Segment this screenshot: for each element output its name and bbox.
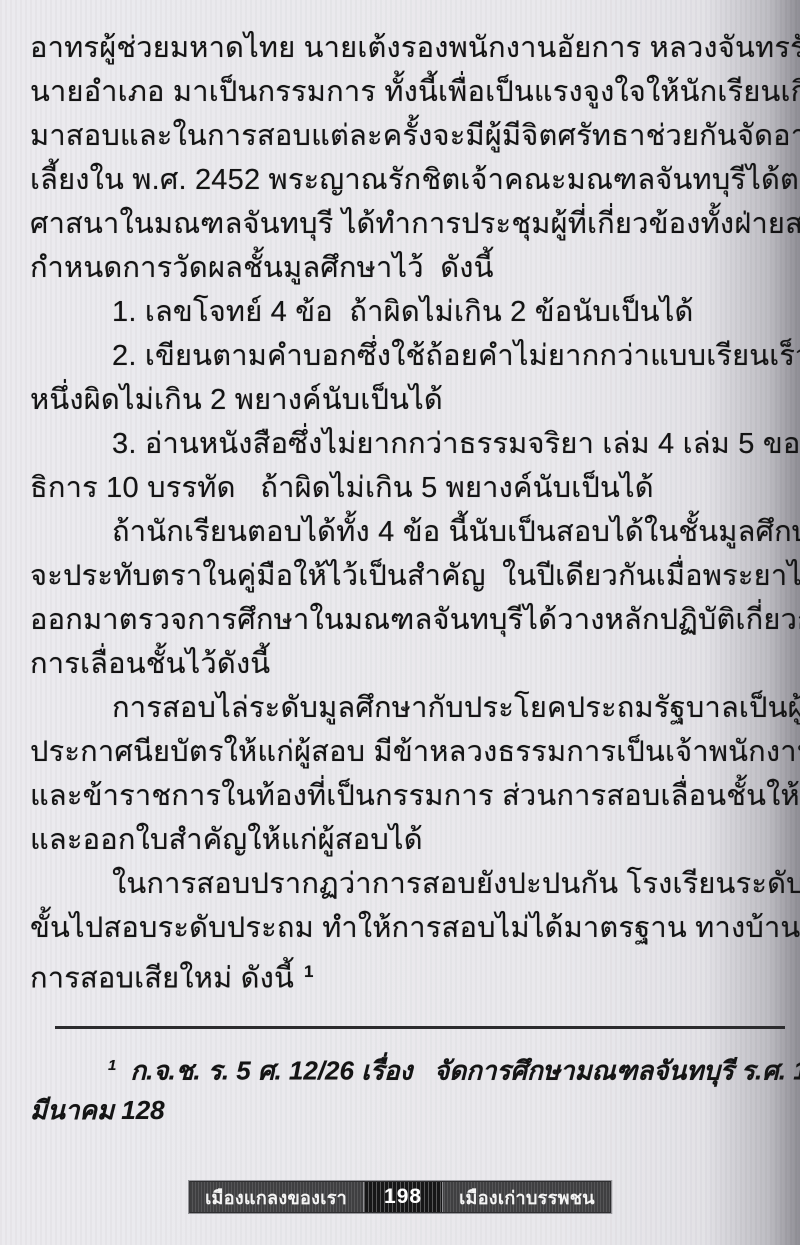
footnote-marker: 1 — [108, 1057, 116, 1074]
text-line: และออกใบสำคัญให้แก่ผู้สอบได้ — [30, 818, 775, 862]
text-line: อาทรผู้ช่วยมหาดไทย นายเต้งรองพนักงานอัยก… — [30, 26, 775, 70]
footnote-separator-rule — [55, 1026, 785, 1029]
text-line: 1. เลขโจทย์ 4 ข้อ ถ้าผิดไม่เกิน 2 ข้อนับ… — [30, 290, 775, 334]
text-line: ออกมาตรวจการศึกษาในมณฑลจันทบุรีได้วางหลั… — [30, 598, 775, 642]
text-line: 2. เขียนตามคำบอกซึ่งใช้ถ้อยคำไม่ยากกว่าแ… — [30, 334, 775, 378]
scanned-book-page: อาทรผู้ช่วยมหาดไทย นายเต้งรองพนักงานอัยก… — [0, 0, 800, 1245]
footnote-continuation: มีนาคม 128 — [30, 1090, 165, 1130]
text-line: ถ้านักเรียนตอบได้ทั้ง 4 ข้อ นี้นับเป็นสอ… — [30, 510, 775, 554]
footer-left-title: เมืองแกลงของเรา — [189, 1181, 363, 1213]
footnote-reference-marker: 1 — [304, 962, 314, 981]
text-line: ประกาศนียบัตรให้แก่ผู้สอบ มีข้าหลวงธรรมก… — [30, 730, 775, 774]
footnote-reference-text: ก.จ.ช. ร. 5 ศ. 12/26 เรื่อง จัดการศึกษาม… — [130, 1056, 800, 1086]
footnote: 1ก.จ.ช. ร. 5 ศ. 12/26 เรื่อง จัดการศึกษา… — [108, 1046, 800, 1091]
text-line: ขั้นไปสอบระดับประถม ทำให้การสอบไม่ได้มาต… — [30, 906, 775, 950]
text-line: หนึ่งผิดไม่เกิน 2 พยางค์นับเป็นได้ — [30, 378, 775, 422]
text-line: จะประทับตราในคู่มือให้ไว้เป็นสำคัญ ในปีเ… — [30, 554, 775, 598]
page-footer-bar: เมืองแกลงของเรา 198 เมืองเก่าบรรพชน — [188, 1180, 612, 1214]
text-line: ธิการ 10 บรรทัด ถ้าผิดไม่เกิน 5 พยางค์นั… — [30, 466, 775, 510]
text-line: กำหนดการวัดผลชั้นมูลศึกษาไว้ ดังนี้ — [30, 246, 775, 290]
text-line: และข้าราชการในท้องที่เป็นกรรมการ ส่วนการ… — [30, 774, 775, 818]
text-line: การเลื่อนชั้นไว้ดังนี้ — [30, 642, 775, 686]
text-line: การสอบเสียใหม่ ดังนี้1 — [30, 950, 775, 994]
text-line: ศาสนาในมณฑลจันทบุรี ได้ทำการประชุมผู้ที่… — [30, 202, 775, 246]
text-line: นายอำเภอ มาเป็นกรรมการ ทั้งนี้เพื่อเป็นแ… — [30, 70, 775, 114]
text-line: มาสอบและในการสอบแต่ละครั้งจะมีผู้มีจิตศร… — [30, 114, 775, 158]
text-line: ในการสอบปรากฏว่าการสอบยังปะปนกัน โรงเรีย… — [30, 862, 775, 906]
text-line: การสอบไล่ระดับมูลศึกษากับประโยคประถมรัฐบ… — [30, 686, 775, 730]
text-line: 3. อ่านหนังสือซึ่งไม่ยากกว่าธรรมจริยา เล… — [30, 422, 775, 466]
footer-right-title: เมืองเก่าบรรพชน — [443, 1181, 611, 1213]
page-number: 198 — [363, 1182, 443, 1212]
text-line: เลี้ยงใน พ.ศ. 2452 พระญาณรักชิตเจ้าคณะมณ… — [30, 158, 775, 202]
body-text: อาทรผู้ช่วยมหาดไทย นายเต้งรองพนักงานอัยก… — [30, 26, 775, 994]
